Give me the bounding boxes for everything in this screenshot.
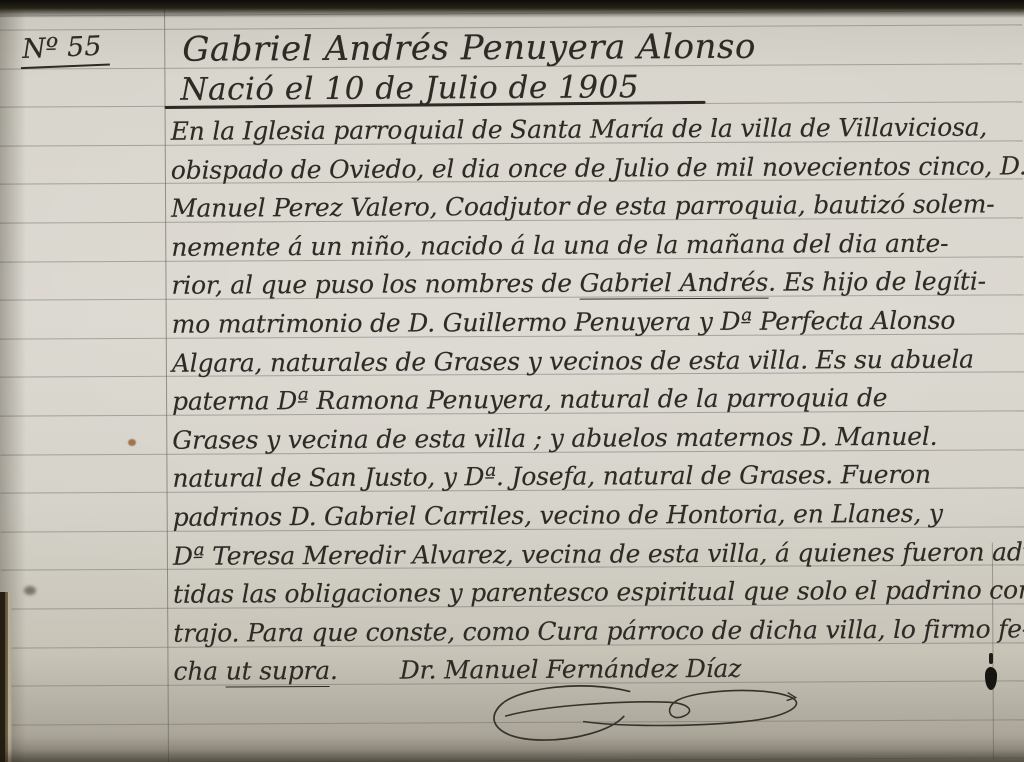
underlined-text-segment: Gabriel Andrés <box>579 268 768 300</box>
page-content: Nº 55 Gabriel Andrés Penuyera Alonso Nac… <box>0 0 1024 762</box>
text-segment: paterna Dª Ramona Penuyera, natural de l… <box>172 383 887 416</box>
manuscript-line: Manuel Perez Valero, Coadjutor de esta p… <box>171 188 995 226</box>
manuscript-line: Algara, naturales de Grases y vecinos de… <box>172 342 974 380</box>
text-segment: padrinos D. Gabriel Carriles, vecino de … <box>173 499 943 532</box>
paper-stain-dot <box>128 439 136 446</box>
manuscript-line: En la Iglesia parroquial de Santa María … <box>171 111 988 149</box>
left-edge-shadow <box>0 0 26 762</box>
text-segment: nemente á un niño, nacido á la una de la… <box>171 229 948 262</box>
record-number: Nº 55 <box>20 31 111 70</box>
manuscript-line: Grases y vecina de esta villa ; y abuelo… <box>172 420 937 458</box>
manuscript-line: rior, al que puso los nombres de Gabriel… <box>171 265 986 303</box>
manuscript-line: trajo. Para que conste, como Cura párroc… <box>173 612 1024 650</box>
bottom-edge-shadow <box>0 734 1024 762</box>
manuscript-line: obispado de Oviedo, el dia once de Julio… <box>171 149 1024 187</box>
manuscript-line: natural de San Justo, y Dª. Josefa, natu… <box>172 458 931 496</box>
manuscript-line: paterna Dª Ramona Penuyera, natural de l… <box>172 381 887 419</box>
manuscript-line: tidas las obligaciones y parentesco espi… <box>173 573 1024 612</box>
text-segment: cha <box>173 657 225 686</box>
manuscript-line: nemente á un niño, nacido á la una de la… <box>171 227 948 265</box>
record-title-name: Gabriel Andrés Penuyera Alonso <box>182 27 756 70</box>
text-segment: natural de San Justo, y Dª. Josefa, natu… <box>172 460 931 493</box>
baptism-register-page: Nº 55 Gabriel Andrés Penuyera Alonso Nac… <box>0 0 1024 762</box>
text-segment: Dª Teresa Meredir Alvarez, vecina de est… <box>173 537 1024 571</box>
text-segment: En la Iglesia parroquial de Santa María … <box>171 113 988 146</box>
text-segment: tidas las obligaciones y parentesco espi… <box>173 575 1024 609</box>
top-edge-shadow <box>0 0 1024 18</box>
text-segment: Grases y vecina de esta villa ; y abuelo… <box>172 422 937 455</box>
text-segment: Manuel Perez Valero, Coadjutor de esta p… <box>171 190 994 223</box>
text-segment: obispado de Oviedo, el dia once de Julio… <box>171 151 1024 184</box>
underlined-text-segment: ut supra <box>226 656 330 688</box>
manuscript-line: padrinos D. Gabriel Carriles, vecino de … <box>173 497 943 535</box>
text-segment: Algara, naturales de Grases y vecinos de… <box>172 344 974 377</box>
text-segment: trajo. Para que conste, como Cura párroc… <box>173 614 1024 647</box>
text-segment: . <box>330 656 400 685</box>
margin-vertical-rule <box>164 2 169 762</box>
ink-blot-mark <box>989 653 993 664</box>
manuscript-line: mo matrimonio de D. Guillermo Penuyera y… <box>172 304 956 342</box>
manuscript-line: Dª Teresa Meredir Alvarez, vecina de est… <box>173 535 1024 574</box>
text-segment: mo matrimonio de D. Guillermo Penuyera y… <box>172 306 956 339</box>
text-segment: rior, al que puso los nombres de <box>171 269 579 300</box>
text-segment: . Es hijo de legíti- <box>768 267 986 297</box>
